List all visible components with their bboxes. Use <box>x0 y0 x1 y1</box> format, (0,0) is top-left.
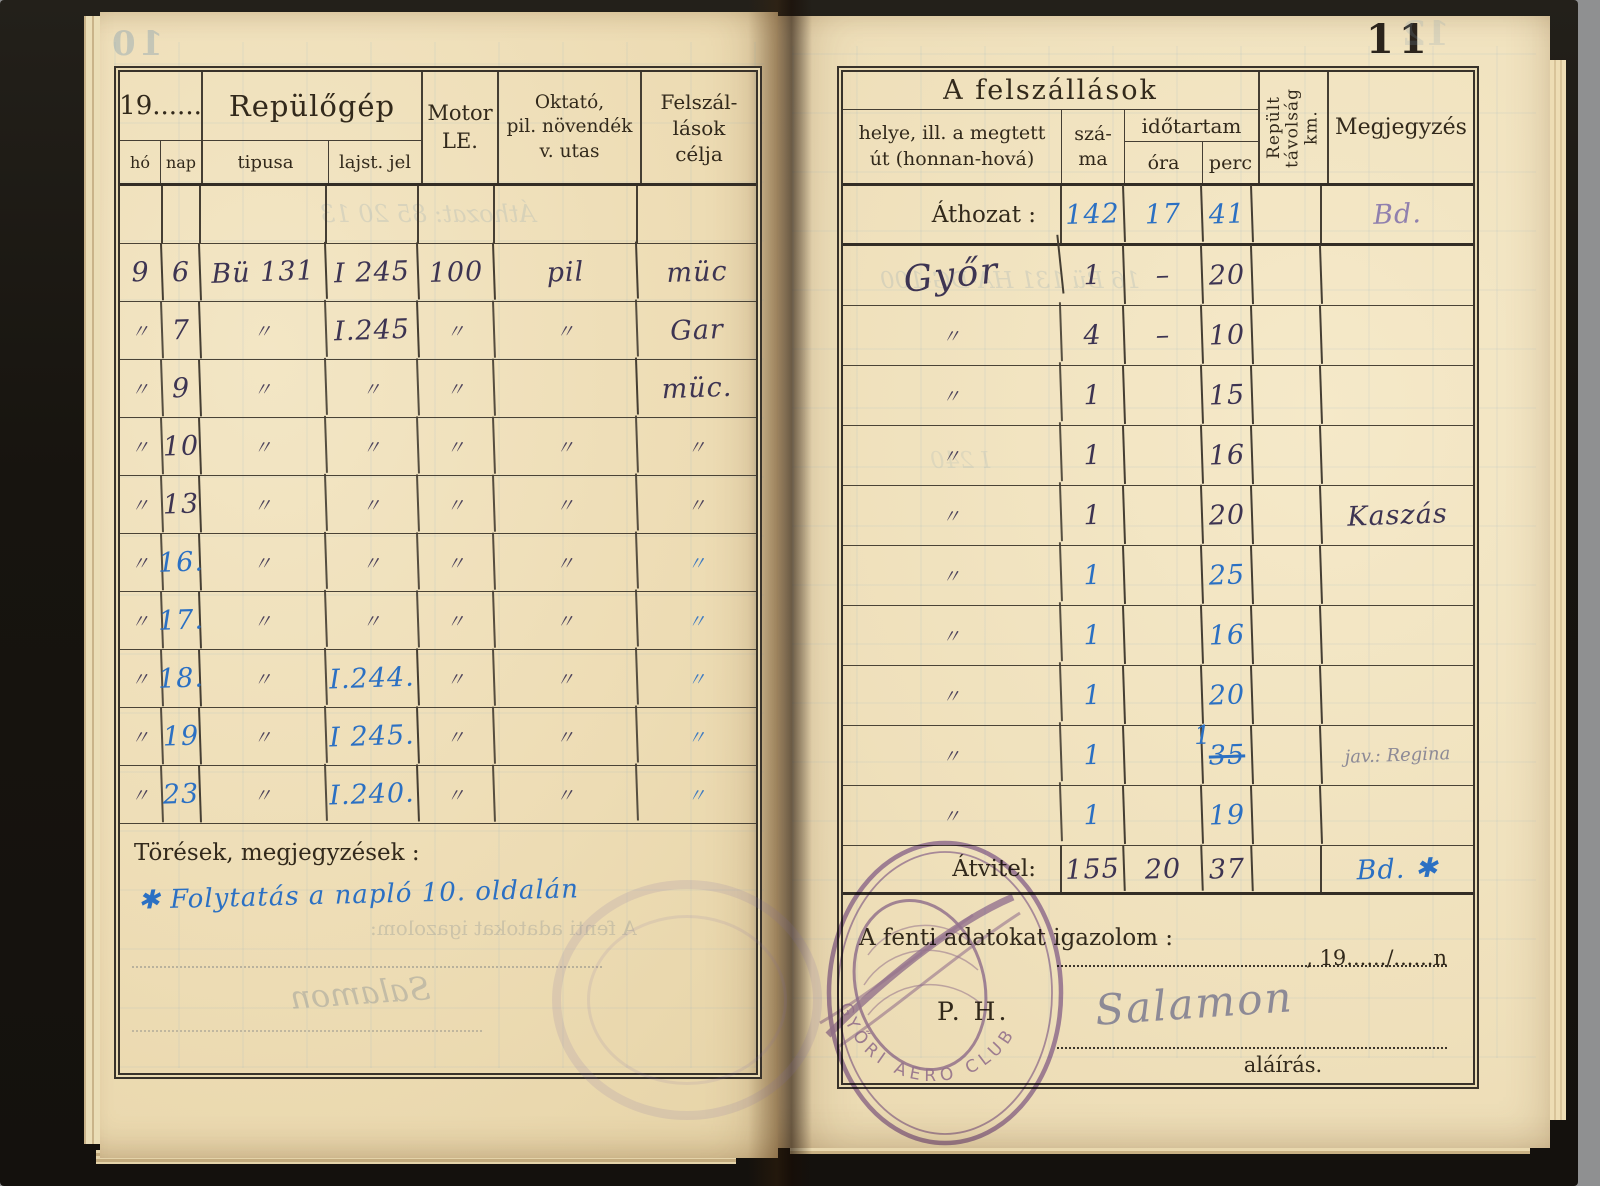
log-row: 96Bü 131I 245100pilmüc <box>120 244 756 302</box>
log-cell: 1 <box>1061 665 1126 726</box>
log-cell: 〃 <box>494 300 639 362</box>
log-cell: 〃 <box>119 417 164 475</box>
log-cell: pil <box>494 242 639 304</box>
log-cell: 13 <box>162 475 202 533</box>
log-row: 〃1135jav.: Regina <box>843 726 1473 786</box>
left-table-header: 19...... hó nap Repülőgép tipusa lajst. … <box>120 72 756 186</box>
log-cell: 16 <box>1202 425 1254 486</box>
log-cell: – <box>1124 305 1204 367</box>
log-cell: 19 <box>1202 785 1254 846</box>
log-cell: 〃 <box>326 474 420 534</box>
log-cell: 〃 <box>200 706 328 767</box>
header-lajst-jel: lajst. jel <box>329 141 421 183</box>
log-cell: jav.: Regina <box>1321 723 1474 787</box>
log-cell: müc. <box>637 358 757 419</box>
log-cell: 〃 <box>326 358 420 418</box>
log-cell: 〃 <box>418 417 496 477</box>
log-cell: 〃 <box>418 649 496 709</box>
log-cell: 〃 <box>637 764 757 825</box>
header-megjegyzes: Megjegyzés <box>1329 72 1473 183</box>
log-cell: 1 <box>1061 725 1126 786</box>
log-cell <box>1124 365 1204 427</box>
log-row: 〃17.〃〃〃〃〃 <box>120 592 756 650</box>
log-cell: 〃 <box>494 474 639 536</box>
log-cell: 〃 <box>494 416 639 478</box>
year-label: 19...... <box>120 72 201 140</box>
toresek-label: Törések, megjegyzések : <box>134 840 420 866</box>
log-cell <box>1124 605 1204 667</box>
log-cell <box>1321 303 1474 367</box>
log-cell: 〃 <box>637 648 757 709</box>
log-cell <box>1252 725 1323 786</box>
log-cell: 1 <box>1061 605 1126 666</box>
header-motor-le: Motor LE. <box>423 72 499 183</box>
log-cell <box>1252 305 1323 366</box>
header-repult-tavolsag: Repült távolság km. <box>1260 72 1329 183</box>
log-cell: 〃 <box>326 416 420 476</box>
header-oktato: Oktató, pil. növendék v. utas <box>499 72 642 183</box>
log-cell <box>1252 785 1323 846</box>
log-row: 〃19〃I 245.〃〃〃 <box>120 708 756 766</box>
log-cell: 〃 <box>637 532 757 593</box>
log-cell <box>1124 665 1204 727</box>
log-cell: 16. <box>162 533 202 591</box>
log-cell: 〃 <box>494 764 639 826</box>
log-cell: 23 <box>162 765 202 823</box>
log-cell: I.244. <box>326 648 420 708</box>
log-cell: I 245 <box>326 242 420 302</box>
log-row: 〃116 <box>843 426 1473 486</box>
header-idotartam: időtartam <box>1125 110 1258 142</box>
log-row: 〃13〃〃〃〃〃 <box>120 476 756 534</box>
log-cell: 7 <box>162 301 202 359</box>
log-cell <box>1321 663 1474 727</box>
log-cell: 〃 <box>119 707 164 765</box>
header-ho: hó <box>120 141 161 183</box>
log-row: 〃120Kaszás <box>843 486 1473 546</box>
log-cell: 〃 <box>842 482 1063 549</box>
log-cell <box>1252 665 1323 726</box>
header-perc: perc <box>1203 142 1258 183</box>
athozat-szama: 142 <box>1061 185 1126 244</box>
athozat-megjegyzes: Bd. <box>1321 183 1474 245</box>
log-cell: Bü 131 <box>200 242 328 303</box>
log-cell: 4 <box>1061 305 1126 366</box>
log-cell: 〃 <box>637 706 757 767</box>
handwritten-continuation-note: ✱ Folytatás a napló 10. oldalán <box>138 874 580 916</box>
signature-dotted-line <box>1057 1047 1447 1049</box>
header-repulogep: Repülőgép <box>203 72 421 140</box>
log-cell <box>1252 485 1323 546</box>
log-row: 〃10〃〃〃〃〃 <box>120 418 756 476</box>
log-cell: 〃 <box>842 422 1063 489</box>
log-cell: – <box>1124 245 1204 307</box>
gyori-aero-club-stamp: GYŐRI AERO CLUB <box>798 835 1108 1155</box>
log-cell: 〃 <box>418 707 496 767</box>
ghost-dotted-line <box>132 1030 482 1032</box>
ghost-dotted-line <box>132 966 602 968</box>
log-row: 〃9〃〃〃müc. <box>120 360 756 418</box>
log-cell: 〃 <box>842 362 1063 429</box>
log-cell <box>1321 783 1474 847</box>
date-dotted-line: , 19....../......n <box>1057 943 1447 967</box>
log-cell: 20 <box>1202 485 1254 546</box>
log-cell: 〃 <box>842 662 1063 729</box>
atvitel-megjegyzes: Bd. ✱ <box>1321 843 1474 894</box>
log-cell: 10 <box>162 417 202 475</box>
log-cell: 15 <box>1202 365 1254 426</box>
header-ora: óra <box>1125 142 1203 183</box>
log-cell: 〃 <box>200 358 328 419</box>
log-cell: 16 <box>1202 605 1254 666</box>
log-cell: 〃 <box>418 301 496 361</box>
log-cell <box>1252 605 1323 666</box>
header-year-column: 19...... hó nap <box>120 72 203 183</box>
log-cell: müc <box>637 242 757 303</box>
log-row: 〃116 <box>843 606 1473 666</box>
log-cell <box>1321 243 1474 307</box>
corrected-cell: 135 <box>1202 725 1254 786</box>
log-cell: 〃 <box>326 590 420 650</box>
log-cell: 100 <box>418 243 496 303</box>
log-cell: I.245 <box>326 300 420 360</box>
log-row: 〃120 <box>843 666 1473 726</box>
log-row: 〃4–10 <box>843 306 1473 366</box>
log-row: Győr1–20 <box>843 246 1473 306</box>
header-nap: nap <box>161 141 201 183</box>
header-a-felszallasok: A felszállások <box>843 72 1258 110</box>
log-cell: 〃 <box>842 542 1063 609</box>
log-cell: 9 <box>162 359 202 417</box>
athozat-row: Áthozat : 142 17 41 Bd. <box>843 186 1473 246</box>
log-cell <box>1252 425 1323 486</box>
signature-handwriting: Salamon <box>1094 972 1295 1035</box>
log-cell: 20 <box>1202 245 1254 306</box>
log-cell: 〃 <box>200 532 328 593</box>
header-felszallasok-celja: Felszál- lások célja <box>642 72 756 183</box>
athozat-perc: 41 <box>1202 185 1254 244</box>
log-cell: 〃 <box>200 416 328 477</box>
log-cell: 20 <box>1202 665 1254 726</box>
header-szama: szá- ma <box>1062 110 1125 183</box>
log-row: 〃18.〃I.244.〃〃〃 <box>120 650 756 708</box>
right-table-rows: Győr1–20〃4–10〃115〃116〃120Kaszás〃125〃116〃… <box>843 246 1473 846</box>
log-cell: 〃 <box>418 765 496 825</box>
log-cell: 〃 <box>200 764 328 825</box>
log-cell: Gar <box>637 300 757 361</box>
log-cell <box>1321 423 1474 487</box>
header-helye: helye, ill. a megtett út (honnan-hová) <box>843 110 1062 183</box>
log-cell: 〃 <box>637 416 757 477</box>
atvitel-ora: 20 <box>1124 845 1204 894</box>
log-cell: 〃 <box>200 648 328 709</box>
log-cell: 〃 <box>418 533 496 593</box>
ghost-stamp-circle <box>552 880 822 1120</box>
log-row: 〃125 <box>843 546 1473 606</box>
log-cell: 17. <box>162 591 202 649</box>
log-cell: 〃 <box>119 765 164 823</box>
log-row: 〃23〃I.240.〃〃〃 <box>120 766 756 824</box>
log-row: 〃115 <box>843 366 1473 426</box>
log-cell: 〃 <box>637 474 757 535</box>
empty-spacer-row <box>120 186 756 244</box>
log-cell: 〃 <box>119 301 164 359</box>
log-cell: 〃 <box>119 359 164 417</box>
left-table-footer: Törések, megjegyzések : ✱ Folytatás a na… <box>120 824 756 1073</box>
log-cell: 1 <box>1061 485 1126 546</box>
log-cell: 〃 <box>842 722 1063 789</box>
ghost-page-number-12: 12 <box>1402 14 1449 54</box>
log-cell: I 245. <box>326 706 420 766</box>
log-cell: 1 <box>1061 425 1126 486</box>
log-cell: 19 <box>162 707 202 765</box>
header-repulogep-column: Repülőgép tipusa lajst. jel <box>203 72 423 183</box>
log-cell: 〃 <box>418 591 496 651</box>
log-cell: 〃 <box>494 706 639 768</box>
log-cell: 1 <box>1061 545 1126 606</box>
ghost-page-number-10: 10 <box>108 24 163 64</box>
log-cell <box>1252 365 1323 426</box>
log-cell: 1 <box>1061 365 1126 426</box>
log-cell: 〃 <box>494 590 639 652</box>
alairas-label: aláírás. <box>1173 1053 1393 1077</box>
page-stack-edge-right <box>1548 60 1566 1120</box>
athozat-ora: 17 <box>1124 185 1204 245</box>
header-tipusa: tipusa <box>203 141 329 183</box>
logbook-scan: 10 11 12 Áthozat: 85 20 13 16 Bü 131 HA-… <box>0 0 1600 1186</box>
log-cell: 〃 <box>494 648 639 710</box>
log-cell <box>1321 603 1474 667</box>
log-cell: 〃 <box>842 602 1063 669</box>
atvitel-perc: 37 <box>1202 845 1254 893</box>
right-table-header: A felszállások helye, ill. a megtett út … <box>843 72 1473 186</box>
log-cell: 〃 <box>119 475 164 533</box>
log-cell: 〃 <box>494 532 639 594</box>
log-cell: 〃 <box>418 475 496 535</box>
date-blanks: , 19....../......n <box>1306 946 1447 970</box>
athozat-label: Áthozat : <box>843 186 1062 243</box>
log-row: 〃7〃I.245〃〃Gar <box>120 302 756 360</box>
log-cell: 〃 <box>326 532 420 592</box>
log-cell <box>494 358 639 420</box>
log-cell: 〃 <box>200 474 328 535</box>
log-cell: 1 <box>1061 245 1126 306</box>
log-cell: 〃 <box>200 590 328 651</box>
log-cell: 〃 <box>418 359 496 419</box>
log-row: 〃16.〃〃〃〃〃 <box>120 534 756 592</box>
log-cell <box>1124 425 1204 487</box>
log-cell <box>1252 545 1323 606</box>
log-cell: 25 <box>1202 545 1254 606</box>
log-cell: Kaszás <box>1321 483 1474 547</box>
log-cell: 18. <box>162 649 202 707</box>
left-log-table: 19...... hó nap Repülőgép tipusa lajst. … <box>118 70 758 1075</box>
log-cell <box>1124 545 1204 607</box>
log-cell <box>1252 245 1323 306</box>
log-cell <box>1321 363 1474 427</box>
log-cell <box>1124 785 1204 847</box>
log-cell: 9 <box>119 243 164 301</box>
log-cell: 〃 <box>637 590 757 651</box>
log-cell: 6 <box>162 243 202 301</box>
log-cell: 10 <box>1202 305 1254 366</box>
log-cell <box>1321 543 1474 607</box>
log-cell <box>1124 725 1204 787</box>
left-table-rows: 96Bü 131I 245100pilmüc〃7〃I.245〃〃Gar〃9〃〃〃… <box>120 244 756 824</box>
bleed-through-signature: Salamon <box>289 969 432 1017</box>
log-cell: 〃 <box>842 302 1063 369</box>
log-cell: 〃 <box>200 300 328 361</box>
log-cell <box>1124 485 1204 547</box>
log-cell: I.240. <box>326 764 420 824</box>
